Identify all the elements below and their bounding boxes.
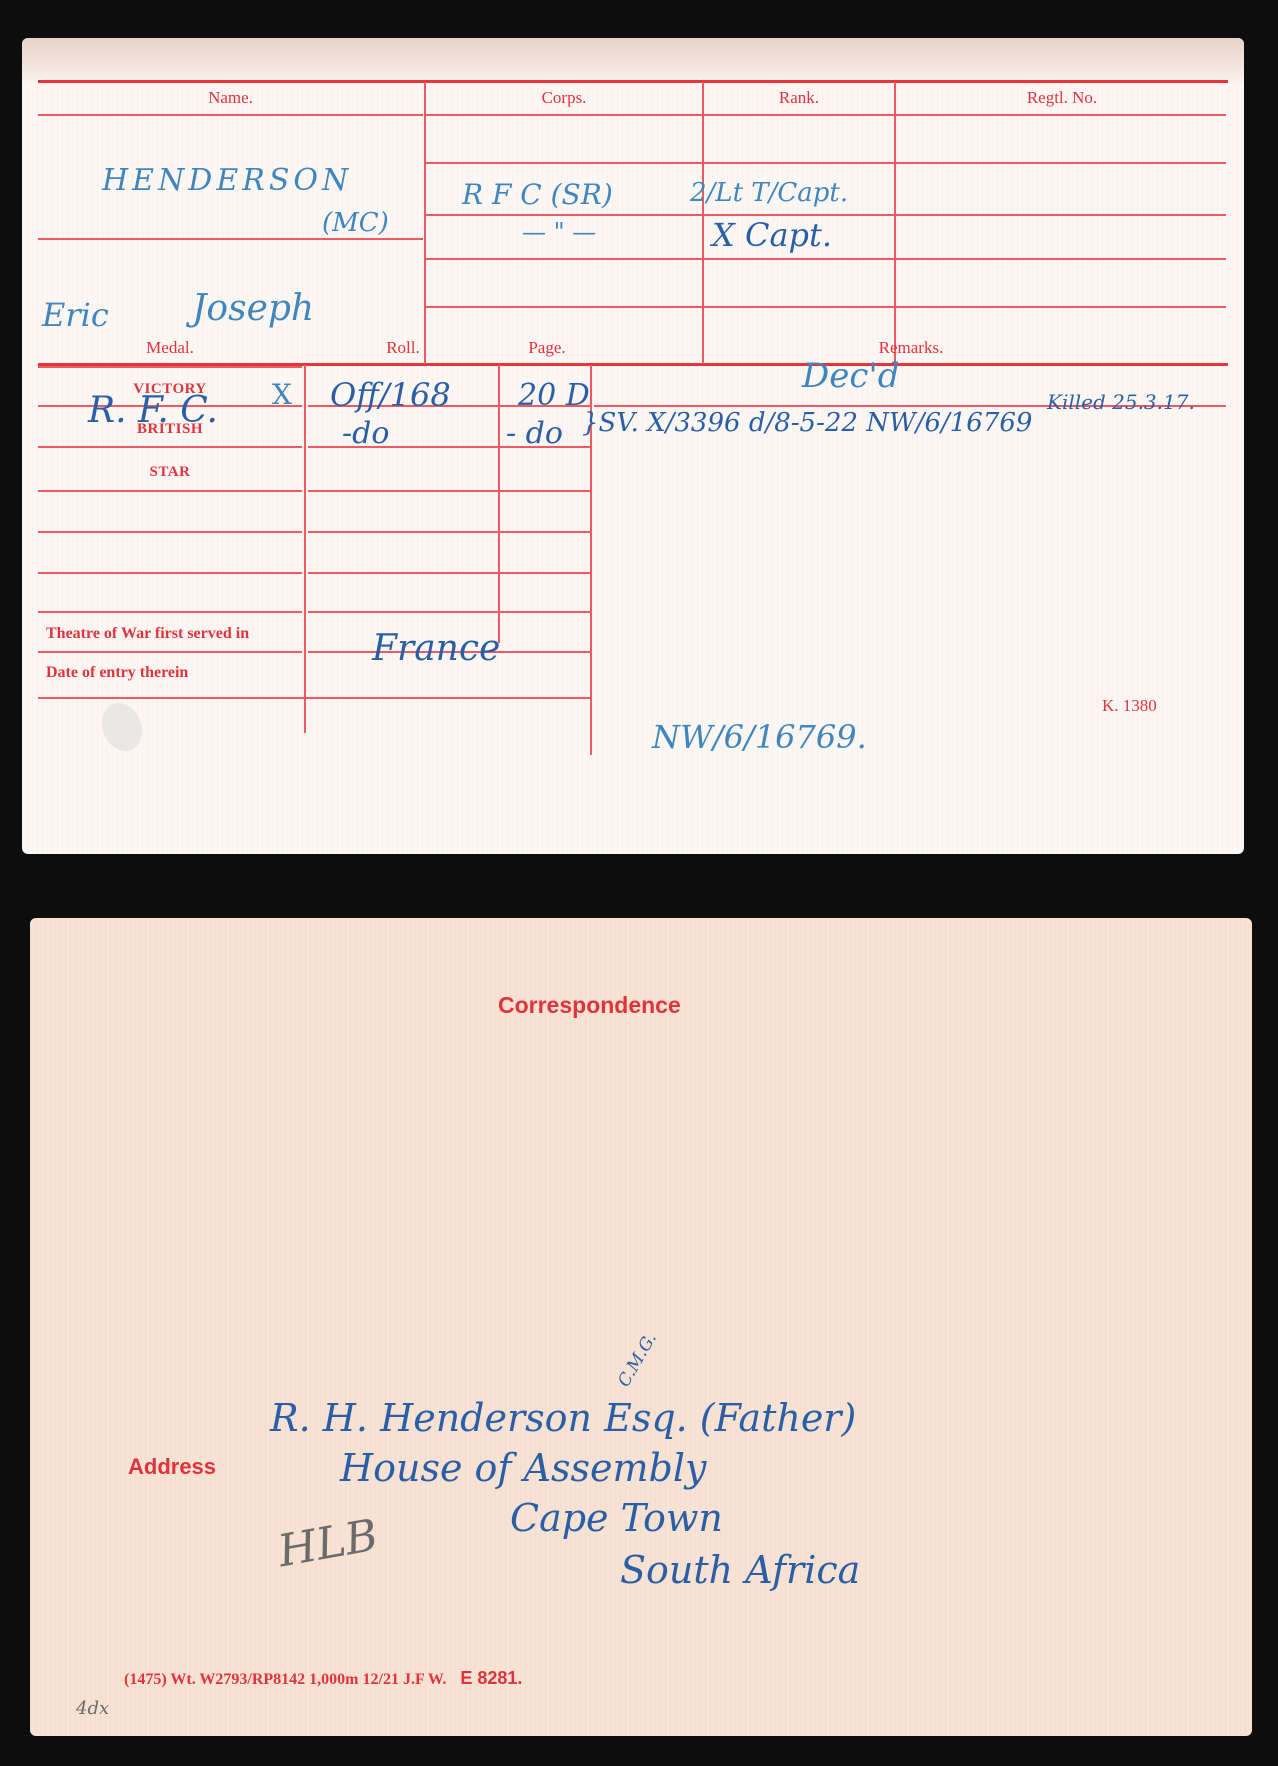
header-name: Name. (38, 88, 423, 108)
card-worn-edge (22, 38, 1244, 86)
header-corps: Corps. (426, 88, 702, 108)
theatre-entry: France (372, 628, 500, 669)
divider (304, 365, 306, 733)
medal-star: STAR (38, 464, 302, 481)
rule (38, 531, 302, 533)
rule (308, 490, 590, 492)
rule (38, 80, 1228, 83)
address-line-1: R. H. Henderson Esq. (Father) (270, 1396, 856, 1440)
rule (426, 114, 1226, 116)
medal-index-card-back: Correspondence Address R. H. Henderson E… (30, 918, 1252, 1736)
stamp-mark-icon (102, 703, 142, 751)
rule (38, 490, 302, 492)
correspondence-title: Correspondence (498, 992, 681, 1019)
address-label: Address (128, 1454, 216, 1480)
rule (308, 611, 590, 613)
address-line-4: South Africa (620, 1548, 860, 1592)
remarks-entry: }SV. X/3396 d/8-5-22 NW/6/16769 (582, 408, 1032, 438)
print-code: (1475) Wt. W2793/RP8142 1,000m 12/21 J.F… (124, 1671, 446, 1688)
rank-entry-2: X Capt. (712, 216, 832, 254)
roll-entry-1: Off/168 (330, 376, 451, 414)
page-entry-1: 20 D (518, 378, 590, 413)
pencil-initials: HLB (274, 1510, 381, 1578)
rule (38, 366, 302, 368)
header-regtl-no: Regtl. No. (896, 88, 1228, 108)
pencil-corner-note: 4dx (76, 1698, 109, 1719)
date-entry-label: Date of entry therein (46, 664, 188, 682)
header-roll: Roll. (306, 338, 500, 358)
rule (426, 258, 1226, 260)
rule (38, 611, 302, 613)
rule (38, 446, 302, 448)
rule (38, 238, 423, 240)
medal-mark: X (272, 378, 292, 411)
rule (308, 531, 590, 533)
header-medal: Medal. (38, 338, 302, 358)
remarks-deceased: Dec'd (802, 356, 900, 396)
address-line-3: Cape Town (510, 1496, 723, 1540)
remarks-killed-date: Killed 25.3.17. (1047, 390, 1195, 414)
corps-entry-2: — " — (522, 218, 596, 246)
surname-entry: HENDERSON (102, 163, 352, 198)
rank-entry-1: 2/Lt T/Capt. (690, 178, 848, 208)
form-number: K. 1380 (1102, 696, 1157, 716)
rule (38, 697, 590, 699)
rule (38, 572, 302, 574)
divider (424, 82, 426, 364)
header-page: Page. (502, 338, 592, 358)
forename-2: Joseph (192, 288, 314, 329)
header-remarks: Remarks. (596, 338, 1226, 358)
roll-entry-2: -do (342, 416, 389, 451)
page-entry-2: - do (506, 416, 563, 451)
decoration-entry: (MC) (322, 208, 389, 238)
divider (702, 82, 704, 364)
print-serial: E 8281. (460, 1668, 522, 1688)
medal-index-card-front: Name. Corps. Rank. Regtl. No. HENDERSON … (22, 38, 1244, 854)
address-superscript: C.M.G. (614, 1329, 661, 1390)
rule (426, 162, 1226, 164)
theatre-label: Theatre of War first served in (46, 625, 249, 643)
rule (38, 114, 423, 116)
rule (308, 572, 590, 574)
medal-unit-entry: R. F. C. (88, 390, 218, 431)
rule (426, 306, 1226, 308)
forename-1: Eric (42, 296, 109, 334)
print-footer: (1475) Wt. W2793/RP8142 1,000m 12/21 J.F… (124, 1668, 522, 1689)
rule (38, 651, 302, 653)
address-line-2: House of Assembly (340, 1446, 707, 1490)
bottom-reference: NW/6/16769. (652, 718, 867, 756)
divider (894, 82, 896, 364)
header-rank: Rank. (704, 88, 894, 108)
corps-entry-1: R F C (SR) (462, 178, 613, 211)
